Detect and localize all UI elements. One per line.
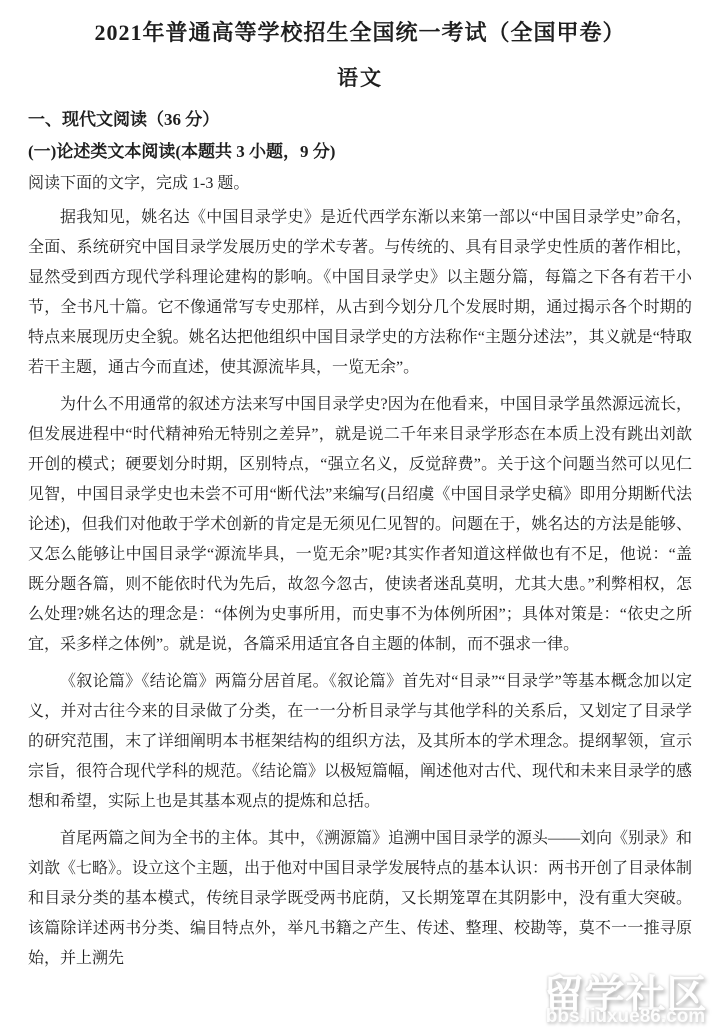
passage-paragraph: 据我知见，姚名达《中国目录学史》是近代西学东渐以来第一部以“中国目录学史”命名，…	[28, 203, 692, 383]
exam-title: 2021年普通高等学校招生全国统一考试（全国甲卷）	[28, 18, 692, 48]
passage-paragraph: 为什么不用通常的叙述方法来写中国目录学史?因为在他看来，中国目录学虽然源远流长，…	[28, 390, 692, 660]
passage-paragraph: 首尾两篇之间为全书的主体。其中，《溯源篇》追溯中国目录学的源头——刘向《别录》和…	[28, 824, 692, 974]
exam-paper-page: 2021年普通高等学校招生全国统一考试（全国甲卷） 语文 一、现代文阅读（36 …	[0, 0, 720, 974]
watermark-site-url: bbs.liuxue86.com	[533, 1007, 718, 1027]
watermark-site-name: 留学社区	[533, 973, 718, 1017]
exam-subject: 语文	[28, 64, 692, 92]
reading-instruction: 阅读下面的文字，完成 1-3 题。	[28, 172, 692, 196]
section-heading-modern-reading: 一、现代文阅读（36 分）	[28, 108, 692, 132]
subsection-heading-argumentative-reading: (一)论述类文本阅读(本题共 3 小题，9 分)	[28, 140, 692, 164]
reading-passage: 据我知见，姚名达《中国目录学史》是近代西学东渐以来第一部以“中国目录学史”命名，…	[28, 203, 692, 974]
passage-paragraph: 《叙论篇》《结论篇》两篇分居首尾。《叙论篇》首先对“目录”“目录学”等基本概念加…	[28, 667, 692, 817]
site-watermark: 留学社区 bbs.liuxue86.com	[533, 973, 718, 1027]
